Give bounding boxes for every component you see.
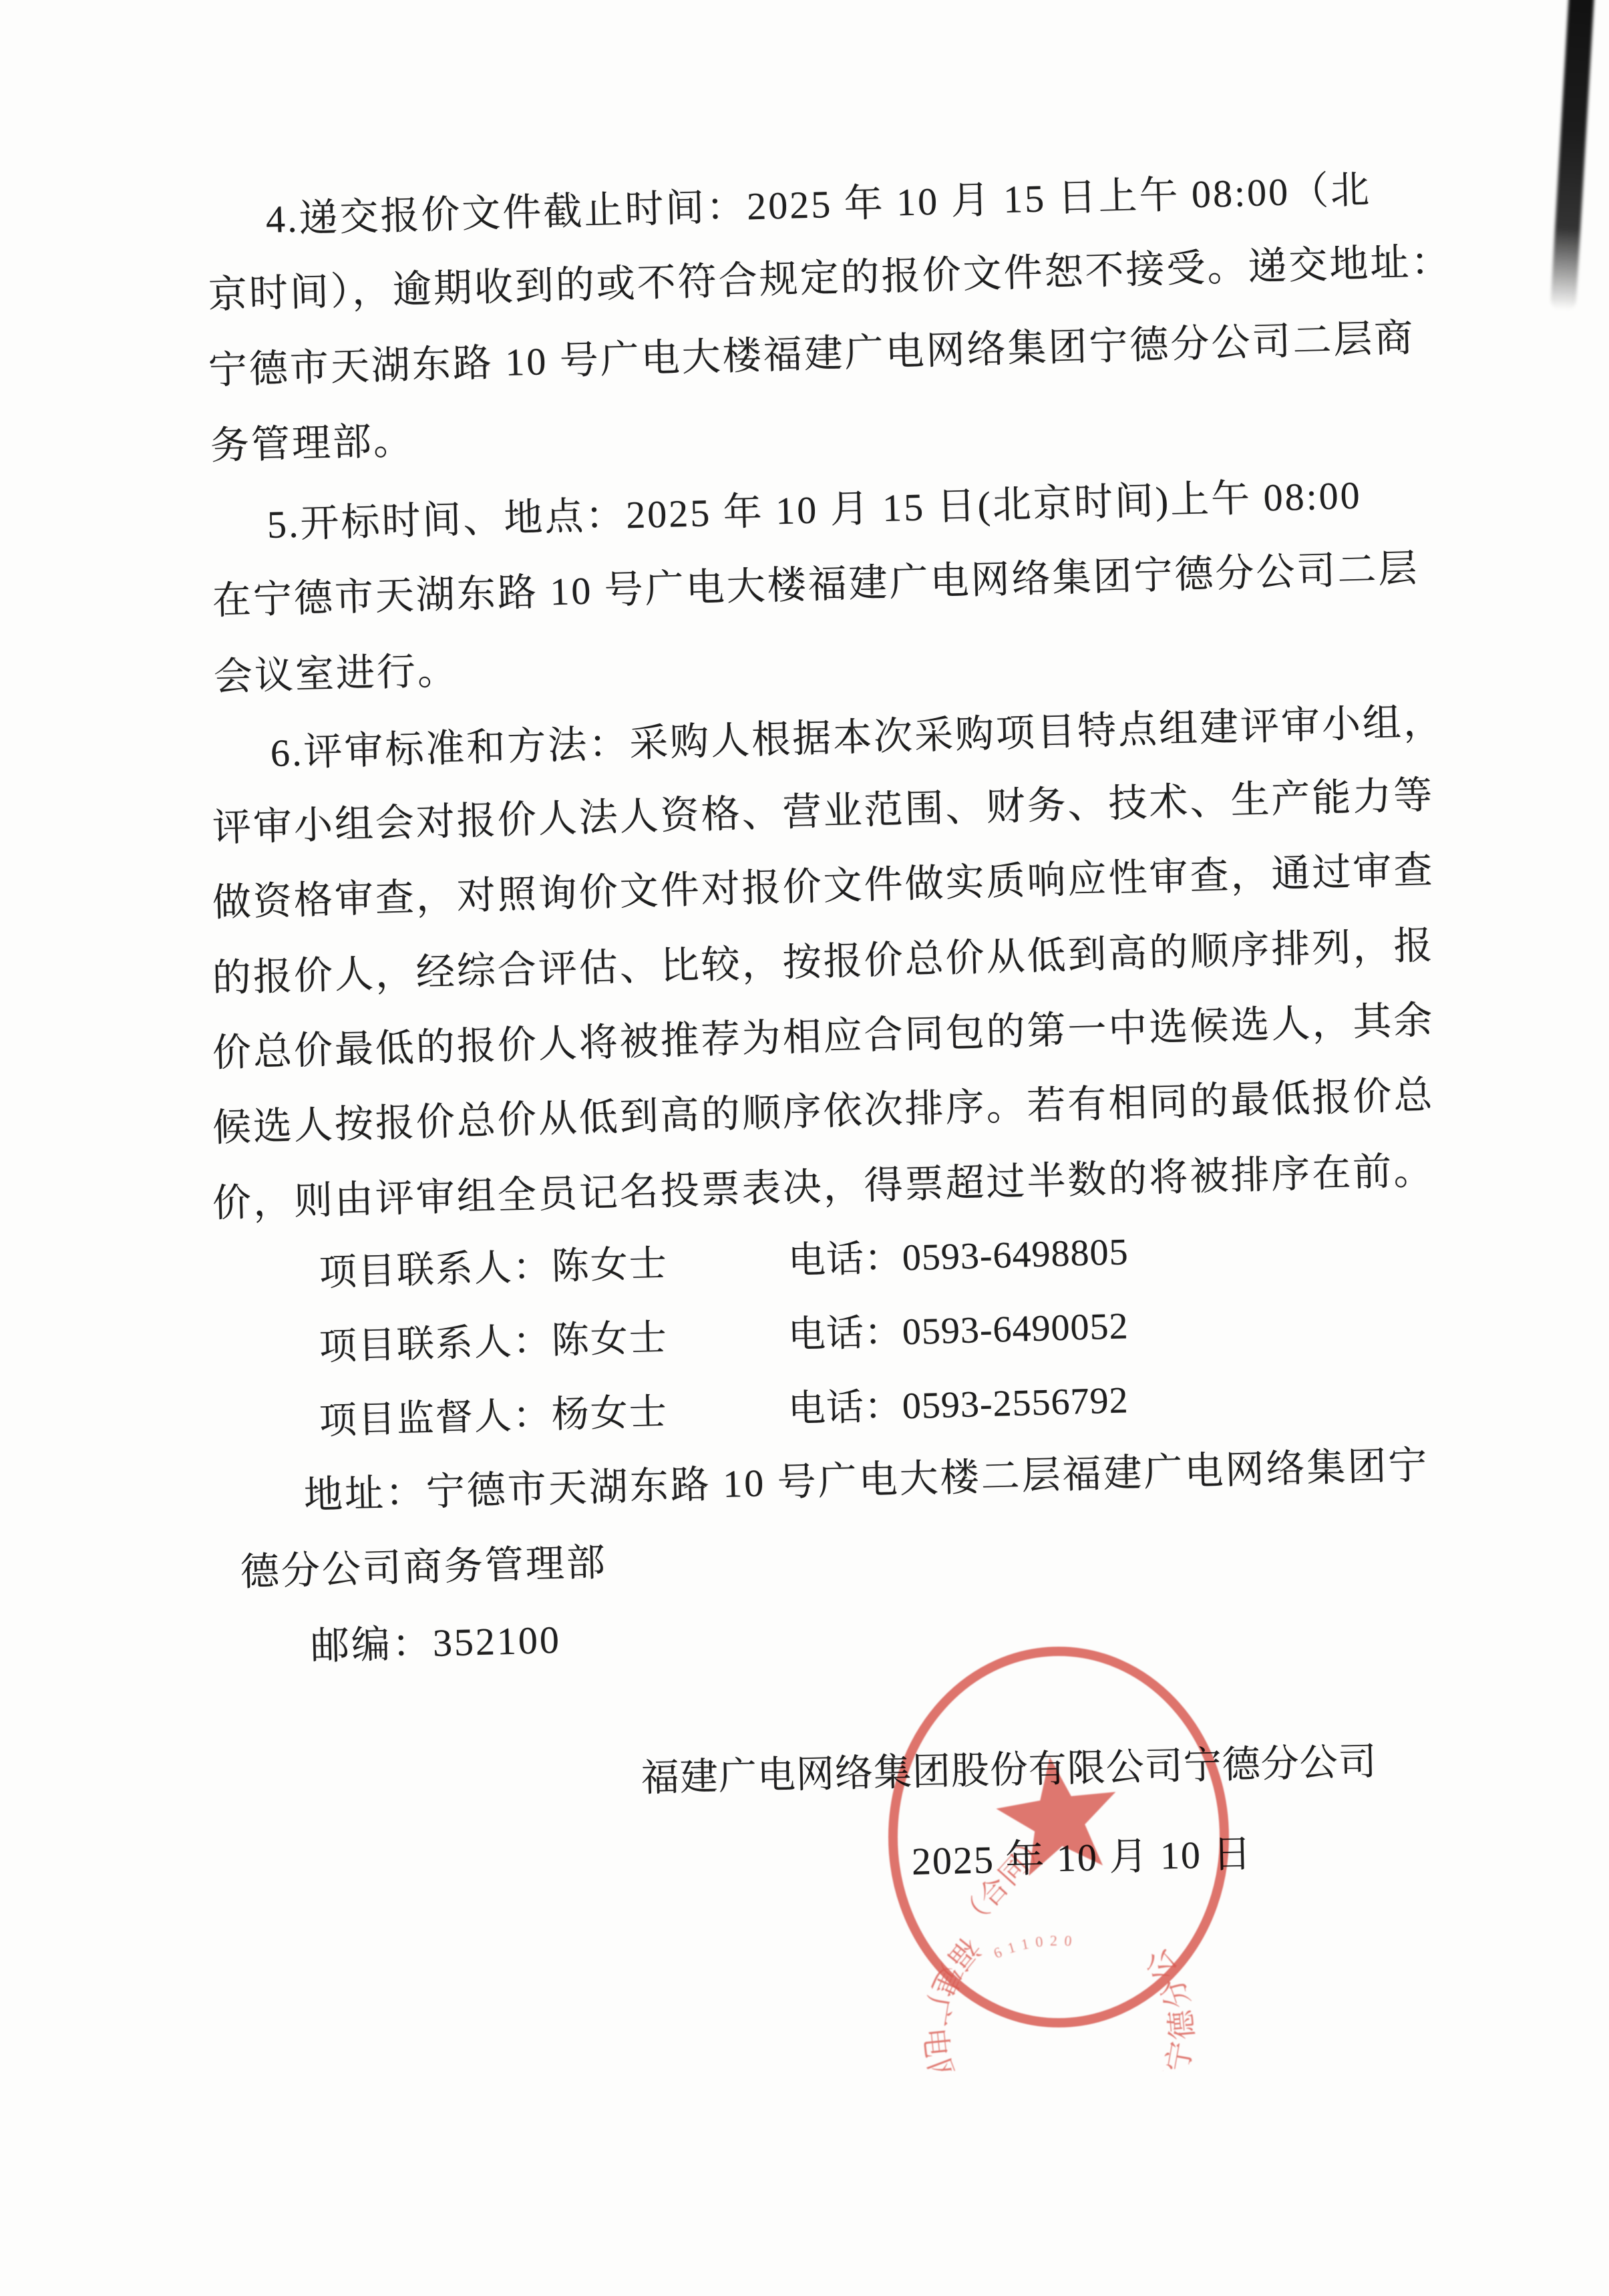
item4-line-1: 4.递交报价文件截止时间：2025 年 10 月 15 日上午 08:00（北: [265, 170, 1372, 239]
item6-line-1: 6.评审标准和方法：采购人根据本次采购项目特点组建评审小组，: [270, 702, 1444, 773]
official-seal: 福建广电网络集团股份有限公司宁德分公司 （合同） 611020: [825, 1603, 1292, 2071]
item4-line-2: 京时间），逾期收到的或不符合规定的报价文件恕不接受。递交地址：: [208, 242, 1452, 315]
item6-line-7: 价，则由评审组全员记名投票表决，得票超过半数的将被排序在前。: [212, 1152, 1435, 1223]
item5-line-1: 5.开标时间、地点：2025 年 10 月 15 日(北京时间)上午 08:00: [266, 476, 1362, 544]
seal-serial-textpath: 611020: [991, 1932, 1079, 1961]
document-page: 4.递交报价文件截止时间：2025 年 10 月 15 日上午 08:00（北 …: [0, 0, 1609, 2296]
seal-serial: 611020: [991, 1932, 1079, 1961]
address-line-1: 地址：宁德市天湖东路 10 号广电大楼二层福建广电网络集团宁: [303, 1446, 1429, 1515]
postal-line: 邮编：352100: [310, 1621, 561, 1666]
contact-2-phone: 电话：0593-6490052: [787, 1307, 1129, 1354]
contact-3-label: 项目监督人：杨女士: [319, 1393, 668, 1440]
item4-line-3: 宁德市天湖东路 10 号广电大楼福建广电网络集团宁德分公司二层商: [208, 319, 1415, 390]
item6-line-4: 的报价人，经综合评估、比较，按报价总价从低到高的顺序排列，报: [212, 927, 1435, 998]
contact-3-phone: 电话：0593-2556792: [787, 1381, 1129, 1428]
item6-line-5: 价总价最低的报价人将被推荐为相应合同包的第一中选候选人，其余: [212, 1001, 1435, 1073]
seal-center-label: （合同）: [954, 1827, 1055, 1935]
contact-2-label: 项目联系人：陈女士: [319, 1319, 668, 1366]
scan-streak-artifact: [1550, 0, 1595, 311]
address-line-2: 德分公司商务管理部: [240, 1543, 607, 1592]
item5-line-3: 会议室进行。: [213, 651, 458, 697]
item5-line-2: 在宁德市天湖东路 10 号广电大楼福建广电网络集团宁德分公司二层: [212, 549, 1419, 621]
item6-line-6: 候选人按报价总价从低到高的顺序依次排序。若有相同的最低报价总: [212, 1076, 1435, 1148]
contact-1-label: 项目联系人：陈女士: [319, 1245, 668, 1292]
item6-line-2: 评审小组会对报价人法人资格、营业范围、财务、技术、生产能力等: [212, 776, 1435, 848]
item4-line-4: 务管理部。: [210, 422, 414, 466]
contact-1-phone: 电话：0593-6498805: [787, 1233, 1129, 1280]
item6-line-3: 做资格审查，对照询价文件对报价文件做实质响应性审查，通过审查: [212, 851, 1435, 923]
